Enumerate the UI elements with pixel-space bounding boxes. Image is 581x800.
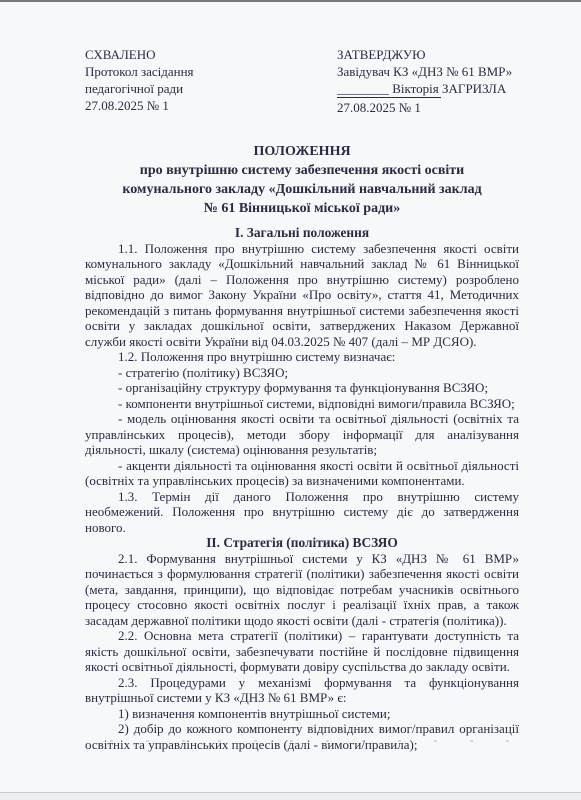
title-line-4: № 61 Вінницької міської ради» [85,199,519,218]
title-line-3: комунального закладу «Дошкільний навчаль… [85,180,519,199]
title-line-1: ПОЛОЖЕННЯ [85,142,519,161]
paragraph: 1.1. Положення про внутрішню систему заб… [85,241,519,350]
approved-date: 27.08.2025 № 1 [85,97,337,114]
paragraph: 1.2. Положення про внутрішню систему виз… [85,349,519,365]
paragraph: 2.2. Основна мета стратегії (політики) –… [85,628,519,675]
paragraph: 2) добір до кожного компоненту відповідн… [85,721,519,752]
paragraph: - організаційну структуру формування та … [85,380,519,396]
approved-protocol: Протокол засідання [85,63,337,80]
paragraph: 1) визначення компонентів внутрішньої си… [85,706,519,722]
paragraph: 2.3. Процедурами у механізмі формування … [85,675,519,706]
scan-bottom-edge-artifact [0,792,581,800]
approval-block-right: ЗАТВЕРДЖУЮ Завідувач КЗ «ДНЗ № 61 ВМР» _… [337,46,519,116]
signature-line: ________ [337,81,389,96]
paragraph: - компоненти внутрішньої системи, відпов… [85,396,519,412]
approval-header: СХВАЛЕНО Протокол засідання педагогічної… [85,46,519,116]
paragraph: - акценти діяльності та оцінювання якост… [85,458,519,489]
document-content: СХВАЛЕНО Протокол засідання педагогічної… [0,0,581,752]
document-title: ПОЛОЖЕННЯ про внутрішню систему забезпеч… [85,142,519,218]
paragraph: 1.3. Термін дії даного Положення про вну… [85,489,519,536]
approving-position: Завідувач КЗ «ДНЗ № 61 ВМР» [337,63,519,80]
approving-date-row: 27.08.2025 № 1 [337,97,519,116]
paragraph: - модель оцінювання якості освіти та осв… [85,411,519,458]
sections: І. Загальні положення1.1. Положення про … [85,225,519,752]
section-heading: ІІ. Стратегія (політика) ВСЗЯО [85,535,519,551]
approving-date: 27.08.2025 № 1 [337,97,441,116]
scan-dotted-artifact [110,740,536,742]
paragraph: 2.1. Формування внутрішньої системи у КЗ… [85,551,519,629]
section-heading: І. Загальні положення [85,225,519,241]
scanned-document-page: СХВАЛЕНО Протокол засідання педагогічної… [0,0,581,800]
approved-label: СХВАЛЕНО [85,46,337,63]
title-line-2: про внутрішню систему забезпечення якост… [85,161,519,180]
signature-row: ________ Вікторія ЗАГРИЗЛА [337,80,519,97]
paragraph: - стратегію (політику) ВСЗЯО; [85,365,519,381]
approval-block-left: СХВАЛЕНО Протокол засідання педагогічної… [85,46,337,116]
approving-label: ЗАТВЕРДЖУЮ [337,46,519,63]
approved-council: педагогічної ради [85,80,337,97]
signatory-name: Вікторія ЗАГРИЗЛА [392,81,506,96]
